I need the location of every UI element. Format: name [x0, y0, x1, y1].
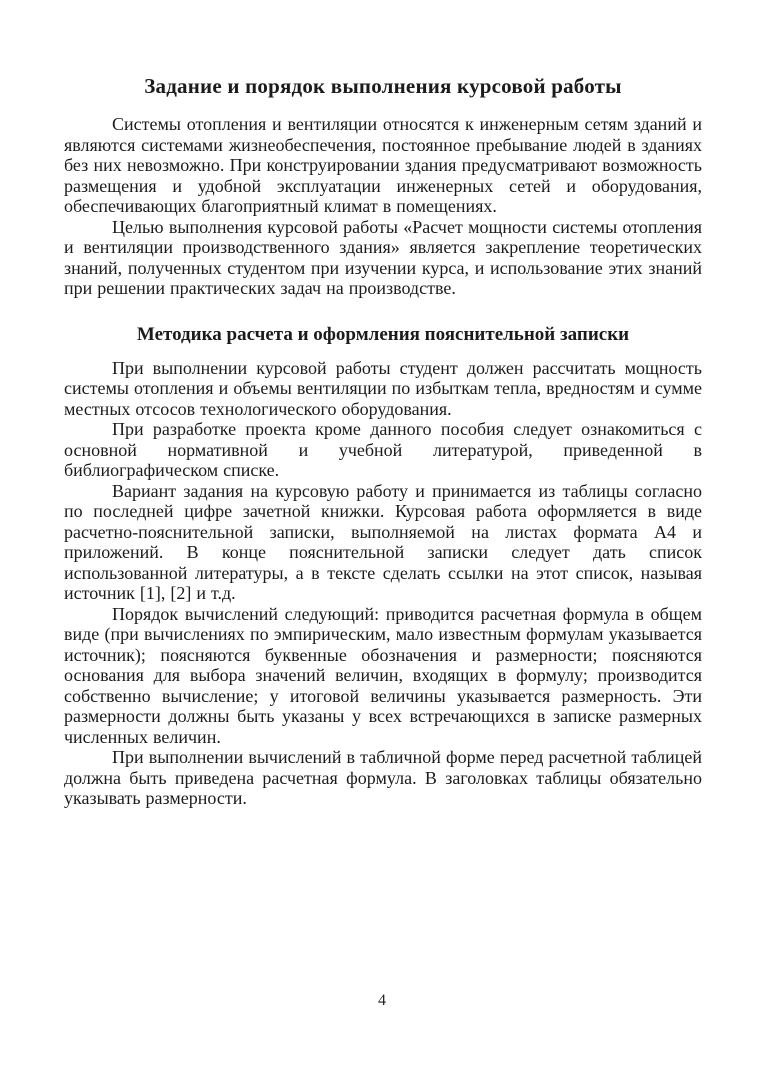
document-title: Задание и порядок выполнения курсовой ра… — [64, 74, 702, 98]
intro-paragraph-1: Системы отопления и вентиляции относятся… — [64, 114, 702, 217]
methodology-paragraph-4: Порядок вычислений следующий: приводится… — [64, 604, 702, 748]
methodology-paragraph-1: При выполнении курсовой работы студент д… — [64, 358, 702, 420]
methodology-paragraph-2: При разработке проекта кроме данного пос… — [64, 419, 702, 481]
page-footer: 4 — [0, 991, 764, 1011]
methodology-paragraph-3: Вариант задания на курсовую работу и при… — [64, 481, 702, 604]
methodology-paragraph-5: При выполнении вычислений в табличной фо… — [64, 747, 702, 809]
intro-paragraph-2: Целью выполнения курсовой работы «Расчет… — [64, 217, 702, 299]
page-number: 4 — [378, 992, 386, 1009]
document-content: Задание и порядок выполнения курсовой ра… — [64, 74, 702, 809]
methodology-heading: Методика расчета и оформления пояснитель… — [64, 323, 702, 346]
document-page: Задание и порядок выполнения курсовой ра… — [0, 0, 764, 1080]
